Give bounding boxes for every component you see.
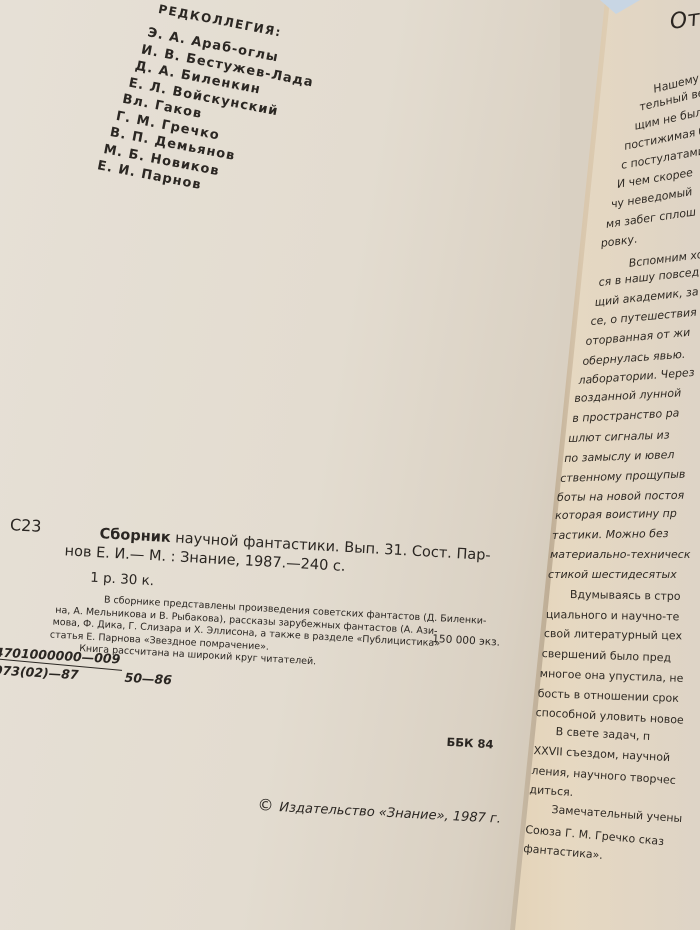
right-page-line: Вдумываясь в стро bbox=[570, 588, 681, 603]
right-page-line: циального и научно-те bbox=[546, 608, 680, 623]
right-page-line: материально-техническ bbox=[550, 548, 690, 561]
right-page-heading: От bbox=[668, 6, 700, 35]
catalog-code: С23 bbox=[9, 515, 42, 536]
copyright-icon: © bbox=[257, 795, 274, 815]
right-page-line: стикой шестидесятых bbox=[548, 568, 677, 581]
bbk-code: ББК 84 bbox=[446, 735, 494, 752]
right-page-line: тастики. Можно без bbox=[552, 527, 669, 542]
right-page-line: боты на новой постоя bbox=[557, 488, 684, 503]
index-right: 50—86 bbox=[124, 670, 172, 688]
editorial-board: РЕДКОЛЛЕГИЯ: Э. А. Араб-оглы И. В. Бесту… bbox=[115, 0, 323, 212]
right-page-line: которая воистину пр bbox=[555, 507, 677, 522]
